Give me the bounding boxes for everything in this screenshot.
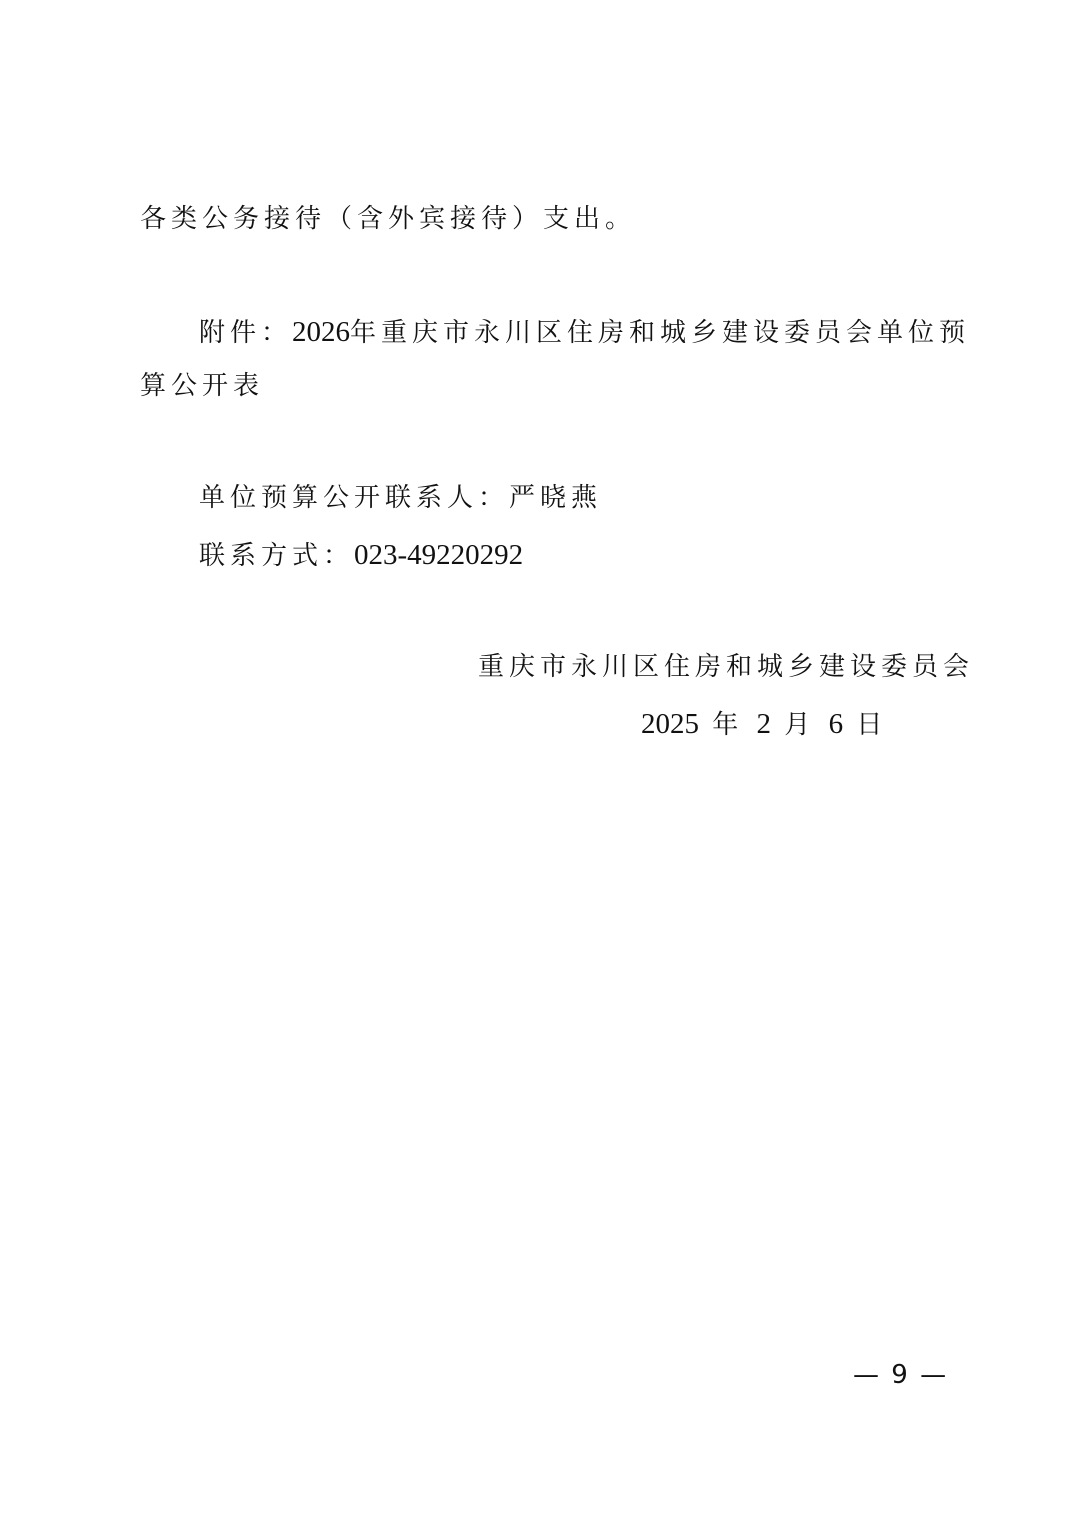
attachment-title-part1: 年重庆市永川区住房和城乡建设委员会单位预 (350, 318, 970, 348)
date-day-suffix: 日 (843, 710, 887, 740)
date-day: 6 (829, 708, 844, 740)
attachment-year: 2026 (292, 316, 350, 348)
date-year: 2025 (641, 708, 699, 740)
contact-person: 单位预算公开联系人：严晓燕 (199, 485, 602, 511)
contact-phone-number: 023-49220292 (354, 539, 523, 571)
signature-organization: 重庆市永川区住房和城乡建设委员会 (478, 654, 974, 680)
date-year-suffix: 年 (699, 710, 757, 740)
page-number: — 9 — (853, 1360, 948, 1390)
contact-phone-label: 联系方式： (199, 541, 354, 571)
paragraph-end-text: 各类公务接待（含外宾接待）支出。 (140, 206, 636, 232)
date-month-suffix: 月 (771, 710, 829, 740)
attachment-title-part2: 算公开表 (140, 373, 264, 399)
contact-phone-line: 联系方式：023-49220292 (199, 541, 523, 570)
attachment-line-1: 附件：2026年重庆市永川区住房和城乡建设委员会单位预 (199, 318, 970, 347)
signature-date: 2025 年 2 月 6 日 (641, 710, 887, 739)
date-month: 2 (757, 708, 772, 740)
attachment-label: 附件： (199, 318, 292, 348)
